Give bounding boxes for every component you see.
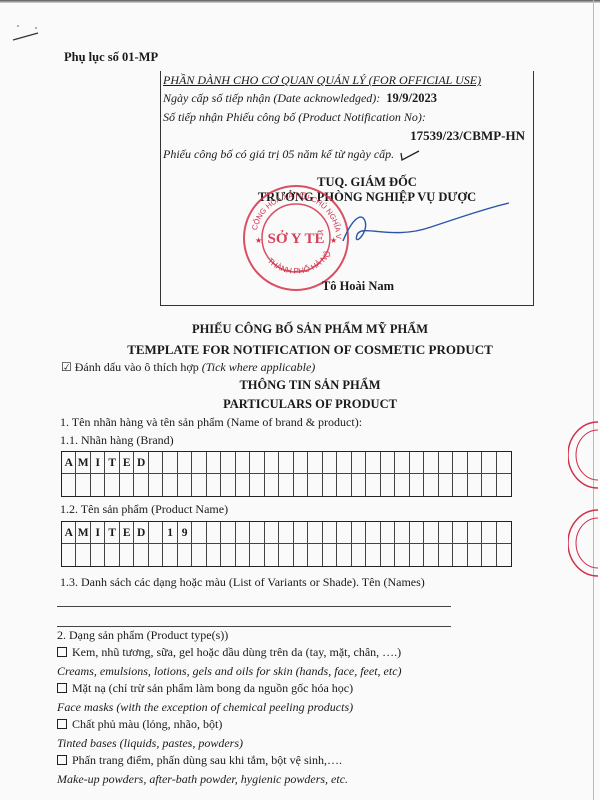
product-type-label-en: Tinted bases (liquids, pastes, powders) (57, 736, 243, 751)
char-cell[interactable] (207, 522, 221, 544)
char-cell[interactable] (105, 544, 119, 566)
official-use-header: PHẦN DÀNH CHO CƠ QUAN QUẢN LÝ (FOR OFFIC… (163, 73, 481, 88)
char-cell[interactable] (366, 452, 380, 474)
product-type-label-en: Creams, emulsions, lotions, gels and oil… (57, 664, 402, 679)
checkbox-icon[interactable] (57, 647, 67, 657)
validity-note-row: Phiếu công bố có giá trị 05 năm kể từ ng… (163, 147, 421, 162)
char-cell[interactable] (424, 544, 438, 566)
char-cell[interactable] (366, 474, 380, 496)
char-cell[interactable] (192, 544, 206, 566)
annex-label: Phụ lục số 01-MP (64, 50, 158, 65)
char-cell[interactable] (163, 544, 177, 566)
char-cell[interactable]: M (76, 452, 90, 474)
char-cell[interactable] (453, 522, 467, 544)
char-cell[interactable] (366, 522, 380, 544)
char-cell[interactable] (308, 474, 322, 496)
char-cell[interactable] (482, 474, 496, 496)
section2-heading: 2. Dạng sản phẩm (Product type(s)) (57, 628, 228, 643)
product-type-option[interactable]: Phấn trang điểm, phấn dùng sau khi tắm, … (57, 753, 342, 768)
char-cell[interactable]: A (62, 522, 76, 544)
char-cell[interactable] (468, 452, 482, 474)
product-type-option[interactable]: Mặt nạ (chỉ trừ sản phẩm làm bong da ngu… (57, 681, 353, 696)
char-cell[interactable] (497, 474, 511, 496)
char-cell[interactable] (120, 544, 134, 566)
char-cell[interactable] (120, 474, 134, 496)
char-cell[interactable] (395, 522, 409, 544)
char-cell[interactable] (76, 544, 90, 566)
char-cell[interactable] (453, 474, 467, 496)
brand-char-grid[interactable]: AMITED (61, 451, 512, 497)
char-cell[interactable]: I (91, 522, 105, 544)
particulars-title-vn: THÔNG TIN SẢN PHẨM (10, 378, 600, 393)
char-cell[interactable] (410, 474, 424, 496)
char-cell[interactable] (424, 474, 438, 496)
char-cell[interactable] (279, 544, 293, 566)
signer-name: Tô Hoài Nam (183, 279, 533, 294)
section1-heading: 1. Tên nhãn hàng và tên sản phẩm (Name o… (60, 415, 362, 430)
char-cell[interactable] (352, 452, 366, 474)
char-cell[interactable] (482, 522, 496, 544)
product-type-option[interactable]: Chất phủ màu (lỏng, nhão, bột) (57, 717, 222, 732)
char-cell[interactable] (178, 474, 192, 496)
tick-note-vn: ☑ Đánh dấu vào ô thích hợp (61, 360, 199, 374)
char-cell[interactable] (250, 452, 264, 474)
char-cell[interactable] (134, 544, 148, 566)
char-cell[interactable] (62, 544, 76, 566)
char-cell[interactable] (76, 474, 90, 496)
svg-text:SỞ Y TẾ: SỞ Y TẾ (268, 230, 325, 247)
notification-no-label: Số tiếp nhận Phiếu công bố (Product Noti… (163, 110, 426, 125)
variants-label: 1.3. Danh sách các dạng hoặc màu (List o… (60, 575, 425, 590)
char-cell[interactable] (279, 474, 293, 496)
char-cell[interactable] (265, 474, 279, 496)
validity-note: Phiếu công bố có giá trị 05 năm kể từ ng… (163, 147, 394, 161)
char-cell[interactable] (323, 544, 337, 566)
char-cell[interactable]: A (62, 452, 76, 474)
char-cell[interactable]: D (134, 522, 148, 544)
char-cell[interactable] (149, 544, 163, 566)
char-cell[interactable] (323, 522, 337, 544)
char-cell[interactable] (265, 522, 279, 544)
particulars-title-en: PARTICULARS OF PRODUCT (10, 397, 600, 412)
char-cell[interactable] (250, 544, 264, 566)
date-acknowledged-value: 19/9/2023 (386, 91, 437, 105)
char-cell[interactable] (381, 474, 395, 496)
char-cell[interactable] (149, 452, 163, 474)
char-cell[interactable] (395, 544, 409, 566)
char-cell[interactable] (439, 522, 453, 544)
char-cell[interactable] (395, 452, 409, 474)
char-cell[interactable] (410, 522, 424, 544)
notification-no-value: 17539/23/CBMP-HN (410, 128, 525, 144)
char-cell[interactable] (149, 474, 163, 496)
char-cell[interactable] (91, 544, 105, 566)
char-cell[interactable] (453, 544, 467, 566)
char-cell[interactable] (294, 544, 308, 566)
product-type-label-en: Face masks (with the exception of chemic… (57, 700, 353, 715)
char-cell[interactable] (294, 522, 308, 544)
char-cell[interactable]: M (76, 522, 90, 544)
char-cell[interactable]: 9 (178, 522, 192, 544)
product-type-label-vn: Mặt nạ (chỉ trừ sản phẩm làm bong da ngu… (72, 681, 353, 695)
char-cell[interactable] (149, 522, 163, 544)
char-cell[interactable]: E (120, 522, 134, 544)
checkbox-icon[interactable] (57, 755, 67, 765)
date-acknowledged-row: Ngày cấp số tiếp nhận (Date acknowledged… (163, 91, 437, 106)
char-cell[interactable] (381, 452, 395, 474)
char-cell[interactable] (207, 474, 221, 496)
char-cell[interactable] (381, 544, 395, 566)
tick-note: ☑ Đánh dấu vào ô thích hợp (Tick where a… (61, 360, 315, 375)
partial-seal-icon (568, 508, 600, 578)
char-cell[interactable] (381, 522, 395, 544)
char-cell[interactable] (497, 522, 511, 544)
char-cell[interactable] (337, 522, 351, 544)
variants-fill-line-1[interactable] (57, 606, 451, 607)
pen-mark-icon (8, 18, 48, 48)
char-cell[interactable]: I (91, 452, 105, 474)
char-cell[interactable] (337, 452, 351, 474)
char-cell[interactable] (221, 452, 235, 474)
product-type-option[interactable]: Kem, nhũ tương, sữa, gel hoặc dầu dùng t… (57, 645, 401, 660)
char-cell[interactable] (221, 522, 235, 544)
char-cell[interactable] (497, 452, 511, 474)
char-cell[interactable] (265, 452, 279, 474)
char-cell[interactable] (497, 544, 511, 566)
char-cell[interactable] (91, 474, 105, 496)
char-cell[interactable] (323, 474, 337, 496)
char-cell[interactable] (250, 474, 264, 496)
char-cell[interactable] (439, 474, 453, 496)
char-cell[interactable] (236, 474, 250, 496)
char-cell[interactable] (250, 522, 264, 544)
char-cell[interactable] (352, 474, 366, 496)
char-cell[interactable] (410, 452, 424, 474)
char-cell[interactable] (308, 452, 322, 474)
char-cell[interactable] (468, 522, 482, 544)
product-type-label-vn: Kem, nhũ tương, sữa, gel hoặc dầu dùng t… (72, 645, 401, 659)
brand-label: 1.1. Nhãn hàng (Brand) (60, 433, 174, 448)
char-cell[interactable] (62, 474, 76, 496)
product-name-char-grid[interactable]: AMITED19 (61, 521, 512, 567)
char-cell[interactable] (468, 474, 482, 496)
char-cell[interactable] (207, 544, 221, 566)
char-cell[interactable] (352, 522, 366, 544)
variants-fill-line-2[interactable] (57, 626, 451, 627)
char-cell[interactable] (178, 544, 192, 566)
partial-seal-icon (568, 420, 600, 490)
char-cell[interactable] (337, 474, 351, 496)
char-cell[interactable] (366, 544, 380, 566)
product-name-label: 1.2. Tên sản phẩm (Product Name) (60, 502, 228, 517)
char-cell[interactable] (453, 452, 467, 474)
char-cell[interactable] (192, 452, 206, 474)
char-cell[interactable] (294, 452, 308, 474)
checkbox-icon[interactable] (57, 683, 67, 693)
char-cell[interactable] (294, 474, 308, 496)
char-cell[interactable] (468, 544, 482, 566)
char-cell[interactable]: T (105, 522, 119, 544)
official-use-box: PHẦN DÀNH CHO CƠ QUAN QUẢN LÝ (FOR OFFIC… (160, 71, 534, 306)
char-cell[interactable] (178, 452, 192, 474)
char-cell[interactable] (105, 474, 119, 496)
product-type-label-vn: Chất phủ màu (lỏng, nhão, bột) (72, 717, 222, 731)
scan-top-edge (0, 0, 600, 3)
char-cell[interactable] (192, 522, 206, 544)
char-cell[interactable] (395, 474, 409, 496)
char-cell[interactable] (337, 544, 351, 566)
date-acknowledged-label: Ngày cấp số tiếp nhận (Date acknowledged… (163, 91, 380, 105)
char-cell[interactable] (424, 452, 438, 474)
char-cell[interactable] (207, 452, 221, 474)
char-cell[interactable] (482, 452, 496, 474)
signature-icon (331, 191, 511, 251)
char-cell[interactable] (279, 522, 293, 544)
form-title-en: TEMPLATE FOR NOTIFICATION OF COSMETIC PR… (10, 342, 600, 358)
char-cell[interactable]: T (105, 452, 119, 474)
char-cell[interactable] (265, 544, 279, 566)
char-cell[interactable] (439, 452, 453, 474)
char-cell[interactable] (163, 452, 177, 474)
char-cell[interactable] (192, 474, 206, 496)
char-cell[interactable] (308, 544, 322, 566)
svg-text:★: ★ (255, 236, 262, 245)
char-cell[interactable] (221, 474, 235, 496)
char-cell[interactable] (221, 544, 235, 566)
char-cell[interactable] (410, 544, 424, 566)
checkbox-icon[interactable] (57, 719, 67, 729)
char-cell[interactable] (308, 522, 322, 544)
product-type-label-vn: Phấn trang điểm, phấn dùng sau khi tắm, … (72, 753, 342, 767)
char-cell[interactable] (482, 544, 496, 566)
char-cell[interactable] (424, 522, 438, 544)
char-cell[interactable]: D (134, 452, 148, 474)
char-cell[interactable]: 1 (163, 522, 177, 544)
checkmark-icon (399, 149, 421, 161)
char-cell[interactable] (352, 544, 366, 566)
char-cell[interactable] (323, 452, 337, 474)
tick-note-en: (Tick where applicable) (202, 360, 316, 374)
char-cell[interactable] (279, 452, 293, 474)
char-cell[interactable] (236, 452, 250, 474)
char-cell[interactable] (134, 474, 148, 496)
product-type-label-en: Make-up powders, after-bath powder, hygi… (57, 772, 348, 787)
char-cell[interactable]: E (120, 452, 134, 474)
char-cell[interactable] (236, 544, 250, 566)
char-cell[interactable] (236, 522, 250, 544)
form-title-vn: PHIẾU CÔNG BỐ SẢN PHẨM MỸ PHẨM (10, 322, 600, 337)
char-cell[interactable] (163, 474, 177, 496)
char-cell[interactable] (439, 544, 453, 566)
